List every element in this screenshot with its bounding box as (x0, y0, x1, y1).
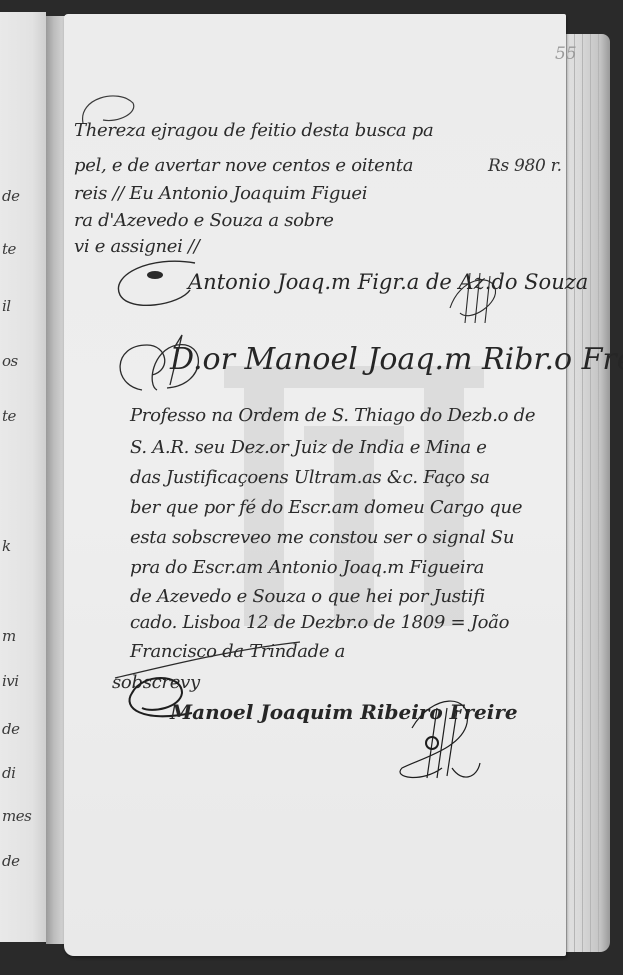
folio-number: 55 (555, 44, 577, 64)
certification-line: pra do Escr.am Antonio Joaq.m Figueira (130, 557, 484, 578)
rubric-flourish (440, 268, 510, 328)
entry-line: pel, e de avertar nove centos e oitenta (74, 155, 413, 176)
left-page-fragment: il (2, 297, 11, 315)
page-stack-edges (560, 34, 610, 952)
entry-line: ra d'Azevedo e Souza a sobre (74, 210, 334, 231)
certification-line: das Justificaçoens Ultram.as &c. Faço sa (130, 467, 490, 488)
left-facing-page: de te il os te k m ivi de di mes de (0, 12, 46, 942)
left-page-fragment: os (2, 352, 18, 370)
certification-line: S. A.R. seu Dez.or Juiz de India e Mina … (130, 437, 487, 458)
margin-fee-note: Rs 980 r. (488, 156, 562, 176)
left-page-fragment: te (2, 240, 16, 258)
certification-line: Professo na Ordem de S. Thiago do Dezb.o… (130, 405, 535, 426)
upper-signature: Antonio Joaq.m Figr.a de Az.do Souza (188, 270, 588, 294)
signature-flourish (110, 255, 200, 315)
certification-line: ber que por fé do Escr.am domeu Cargo qu… (130, 497, 522, 518)
left-page-fragment: de (2, 852, 19, 870)
certification-line: de Azevedo e Souza o que hei por Justifi (130, 586, 485, 607)
entry-line: Thereza ejragou de feitio desta busca pa (74, 120, 433, 141)
left-page-fragment: te (2, 407, 16, 425)
entry-line: reis // Eu Antonio Joaquim Figuei (74, 183, 367, 204)
left-page-fragment: mes (2, 807, 31, 825)
left-page-fragment: ivi (2, 672, 19, 690)
left-page-fragment: de (2, 187, 19, 205)
certification-heading: D.or Manoel Joaq.m Ribr.o Freire (170, 342, 623, 377)
entry-line: vi e assignei // (74, 236, 200, 257)
left-page-fragment: m (2, 627, 16, 645)
book-gutter (46, 16, 66, 944)
left-page-fragment: di (2, 764, 15, 782)
rubric-flourish (392, 688, 482, 788)
left-page-fragment: de (2, 720, 19, 738)
certification-line: cado. Lisboa 12 de Dezbr.o de 1809 = Joã… (130, 612, 509, 633)
certification-line: esta sobscreveo me constou ser o signal … (130, 527, 514, 548)
left-page-fragment: k (2, 537, 11, 555)
